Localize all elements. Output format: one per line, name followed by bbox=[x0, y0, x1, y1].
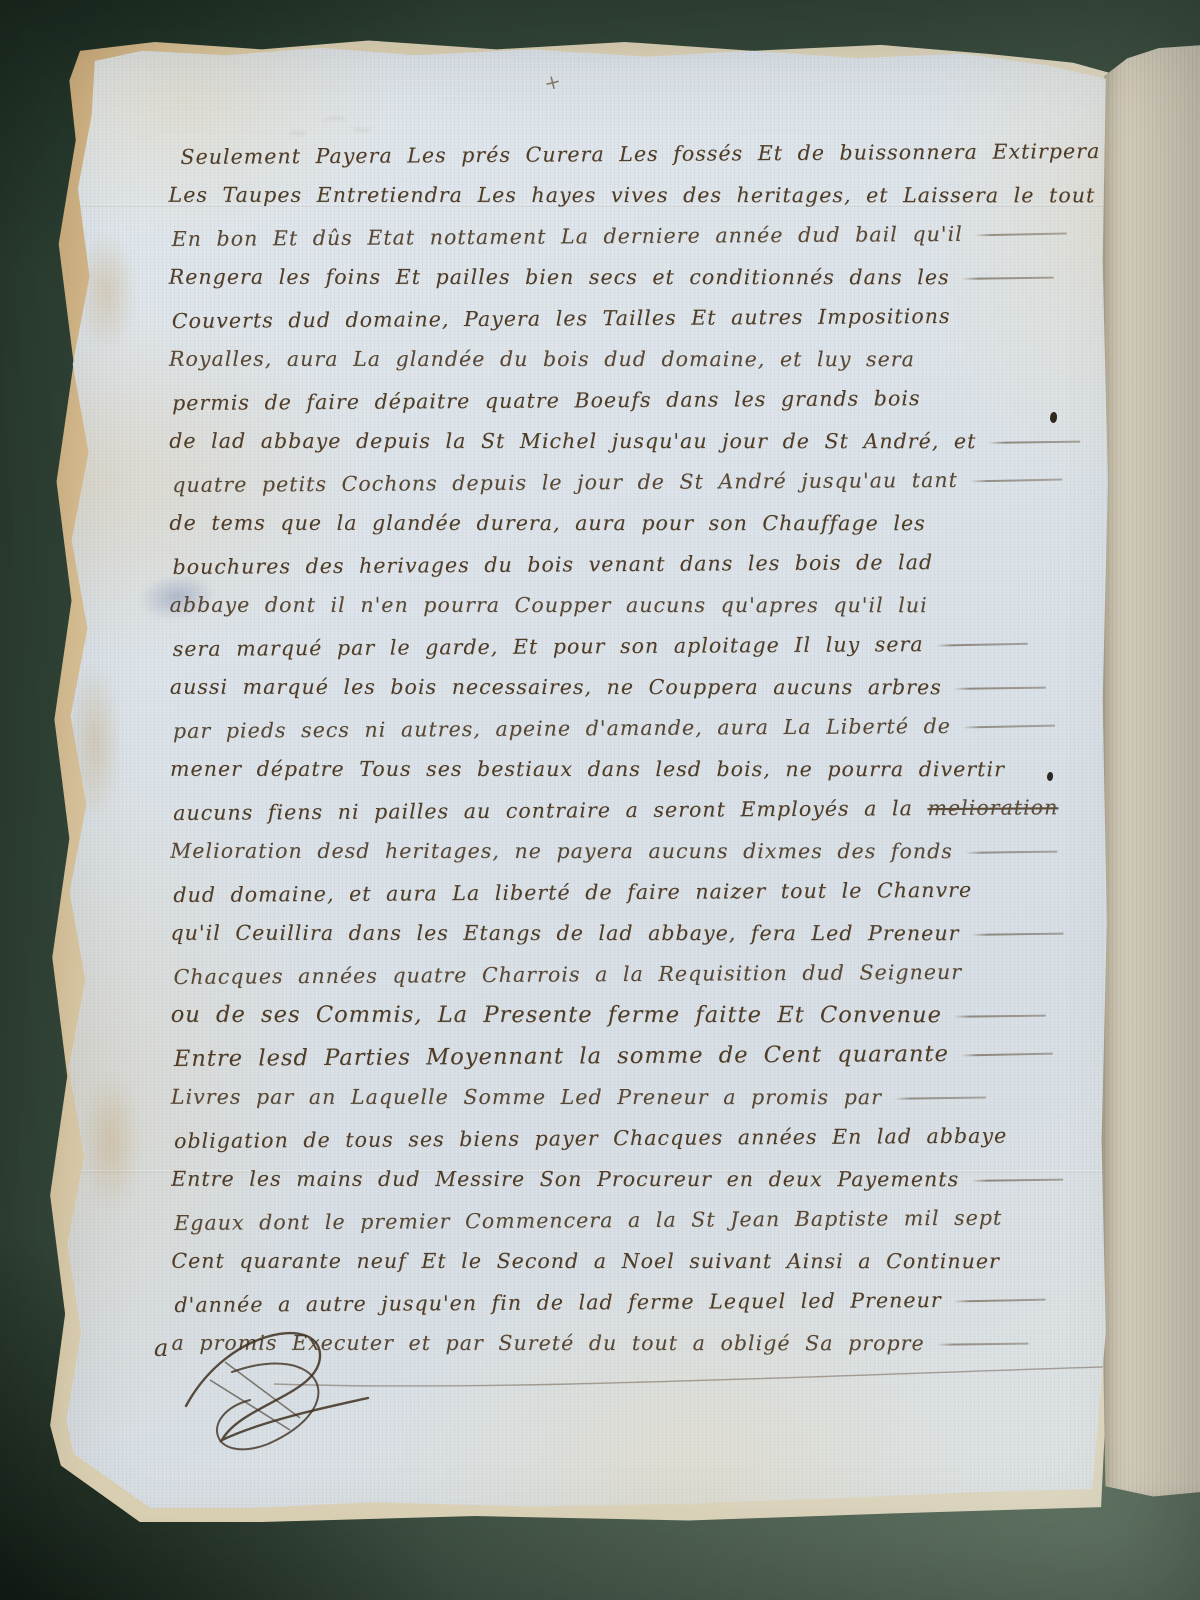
manuscript-line: par pieds secs ni autres, apeine d'amand… bbox=[173, 705, 1086, 752]
manuscript-line: mener dépatre Tous ses bestiaux dans les… bbox=[170, 749, 1086, 790]
trailing-ink-rule bbox=[894, 1097, 986, 1100]
manuscript-line: qu'il Ceuillira dans les Etangs de lad a… bbox=[170, 913, 1086, 954]
manuscript-line: Rengera les foins Et pailles bien secs e… bbox=[169, 257, 1085, 298]
ink-spot bbox=[1050, 412, 1057, 423]
age-stain bbox=[82, 1072, 140, 1212]
manuscript-line: Couverts dud domaine, Payera les Tailles… bbox=[172, 295, 1085, 342]
manuscript-line: Melioration desd heritages, ne payera au… bbox=[170, 831, 1086, 872]
manuscript-line: abbaye dont il n'en pourra Coupper aucun… bbox=[170, 585, 1086, 626]
trailing-ink-rule bbox=[971, 933, 1063, 936]
trailing-ink-rule bbox=[970, 479, 1062, 483]
manuscript-line: de tems que la glandée durera, aura pour… bbox=[169, 503, 1085, 544]
trailing-ink-rule bbox=[954, 1015, 1046, 1018]
trailing-ink-rule bbox=[962, 277, 1054, 280]
manuscript-line: permis de faire dépaitre quatre Boeufs d… bbox=[172, 377, 1085, 424]
trailing-ink-rule bbox=[963, 725, 1055, 729]
manuscript-line: Seulement Payera Les prés Curera Les fos… bbox=[180, 131, 1084, 178]
manuscript-line: aucuns fiens ni pailles au contraire a s… bbox=[173, 787, 1086, 834]
manuscript-line: Entre lesd Parties Moyennant la somme de… bbox=[174, 1033, 1087, 1080]
manuscript-line: sera marqué par le garde, Et pour son ap… bbox=[173, 623, 1086, 670]
manuscript-line: Cent quarante neuf Et le Second a Noel s… bbox=[171, 1241, 1087, 1282]
manuscript-line: quatre petits Cochons depuis le jour de … bbox=[172, 459, 1085, 506]
trailing-ink-rule bbox=[988, 441, 1080, 444]
trailing-ink-sweep bbox=[268, 1350, 1148, 1394]
manuscript-line: de lad abbaye depuis la St Michel jusqu'… bbox=[169, 421, 1085, 462]
manuscript-line: Chacques années quatre Charrois a la Req… bbox=[173, 951, 1086, 998]
struck-word: melioration bbox=[927, 795, 1058, 820]
manuscript-line: Royalles, aura La glandée du bois dud do… bbox=[169, 339, 1085, 380]
manuscript-line: ou de ses Commis, La Presente ferme fait… bbox=[171, 995, 1087, 1036]
manuscript-line: En bon Et dûs Etat nottament La derniere… bbox=[172, 213, 1085, 260]
manuscript-line: Egaux dont le premier Commencera a la St… bbox=[174, 1197, 1087, 1244]
manuscript-line: aussi marqué les bois necessaires, ne Co… bbox=[170, 667, 1086, 708]
manuscript-text-block: Seulement Payera Les prés Curera Les fos… bbox=[168, 133, 1087, 1365]
manuscript-line: Entre les mains dud Messire Son Procureu… bbox=[171, 1159, 1087, 1200]
manuscript-line: Livres par an Laquelle Somme Led Preneur… bbox=[171, 1077, 1087, 1118]
paraph-letter: a bbox=[154, 1334, 168, 1362]
manuscript-line: obligation de tous ses biens payer Chacq… bbox=[174, 1115, 1087, 1162]
adjacent-folded-page bbox=[1096, 32, 1200, 1498]
trailing-ink-rule bbox=[961, 1053, 1053, 1057]
trailing-ink-rule bbox=[954, 1299, 1046, 1303]
manuscript-line: dud domaine, et aura La liberté de faire… bbox=[173, 869, 1086, 916]
trailing-ink-rule bbox=[954, 687, 1046, 690]
manuscript-line: Les Taupes Entretiendra Les hayes vives … bbox=[169, 175, 1085, 216]
ink-spot bbox=[1047, 772, 1053, 781]
trailing-ink-rule bbox=[937, 1343, 1029, 1346]
trailing-ink-rule bbox=[975, 233, 1067, 237]
trailing-ink-rule bbox=[936, 643, 1028, 647]
trailing-ink-rule bbox=[971, 1179, 1063, 1182]
photo-scene: ~ ⌒ ~ + Seulement Payera Les prés Curera… bbox=[0, 0, 1200, 1600]
registration-cross-mark: + bbox=[541, 68, 563, 95]
manuscript-page: ~ ⌒ ~ + Seulement Payera Les prés Curera… bbox=[58, 42, 1110, 1508]
trailing-ink-rule bbox=[965, 851, 1057, 854]
manuscript-line: bouchures des herivages du bois venant d… bbox=[172, 541, 1085, 588]
